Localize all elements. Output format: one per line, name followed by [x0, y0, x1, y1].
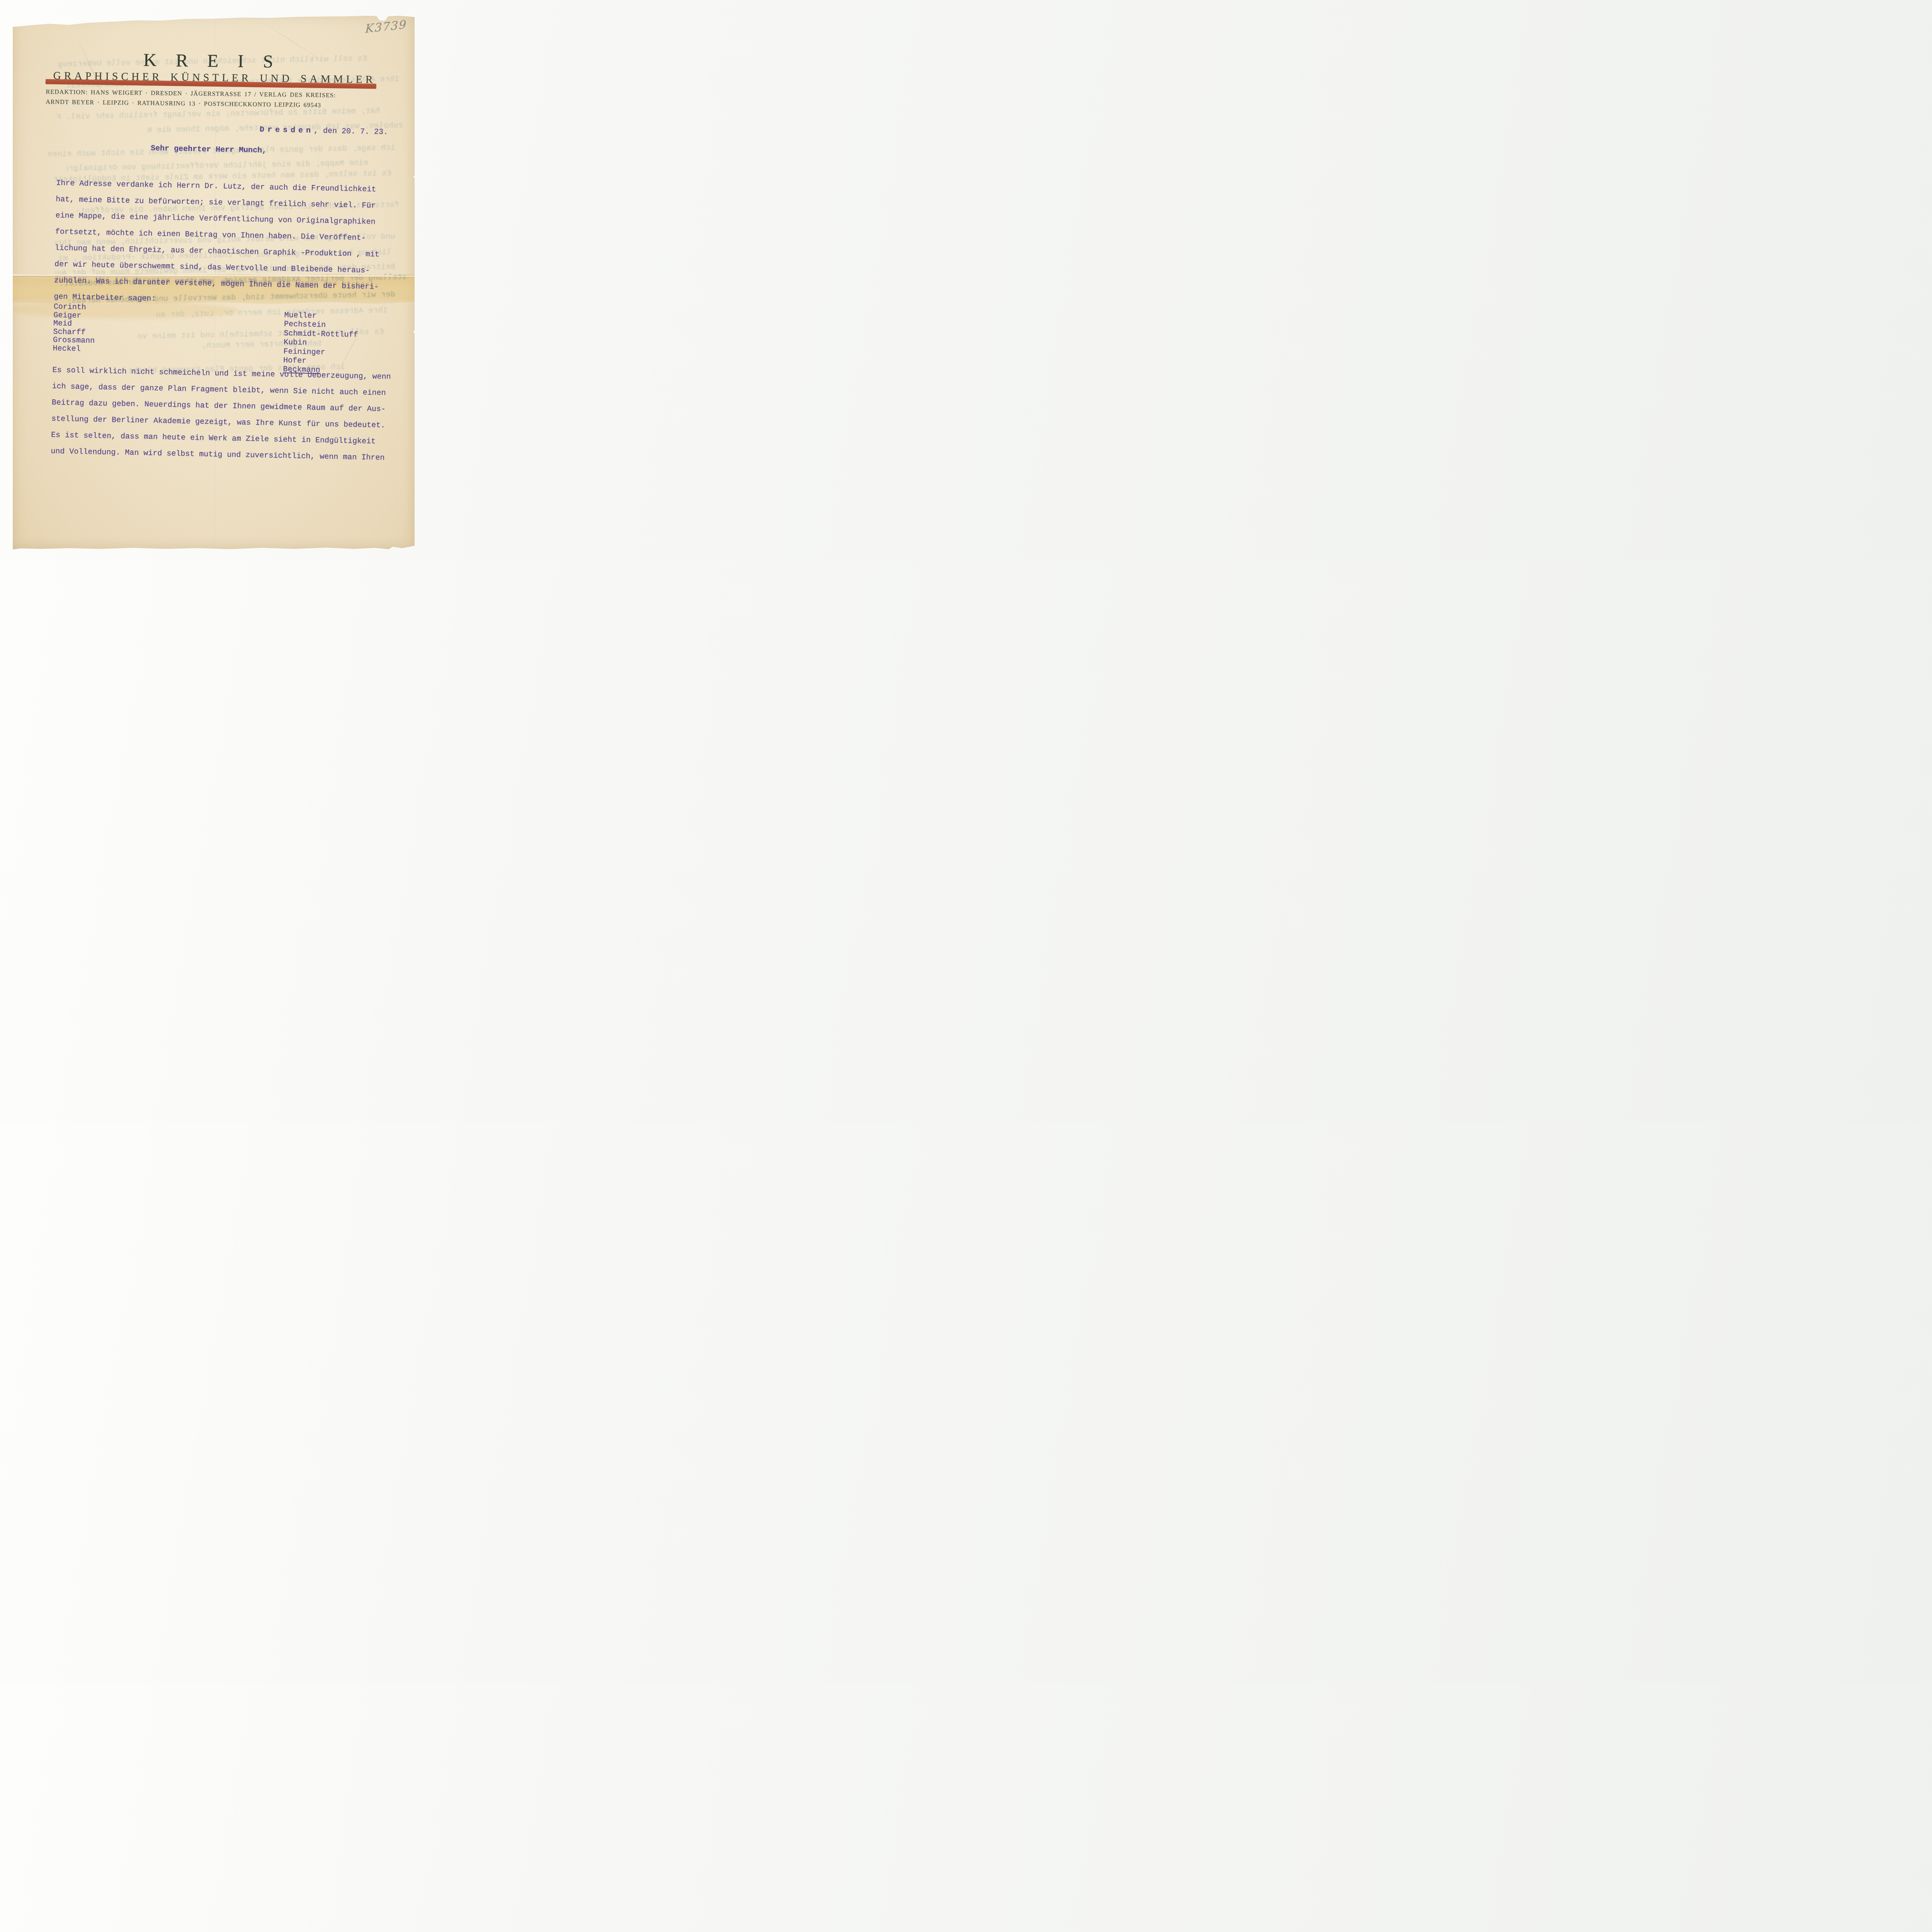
contributors-right-column: Mueller Pechstein Schmidt-Rottluff Kubin…	[283, 311, 358, 376]
body-paragraph-1: Ihre Adresse verdanke ich Herrn Dr. Lutz…	[54, 175, 381, 312]
contributor-name: Grossmann	[53, 336, 95, 345]
masthead: KREIS GRAPHISCHER KÜNSTLER UND SAMMLER R…	[13, 14, 415, 19]
contributor-name: Pechstein	[284, 320, 358, 330]
scan-background: Es soll wirklich nicht schmeicheln und i…	[0, 0, 424, 561]
contributors-left-column: Corinth Geiger Meid Scharff Grossmann He…	[53, 303, 95, 354]
salutation: Sehr geehrter Herr Munch,	[151, 144, 267, 155]
dateline-city: Dresden	[260, 125, 314, 135]
dateline-date: , den 20. 7. 23.	[314, 126, 388, 137]
body-paragraph-2: Es soll wirklich nicht schmeicheln und i…	[51, 362, 391, 467]
typed-letter-body: Dresden, den 20. 7. 23. Sehr geehrter He…	[4, 14, 417, 557]
contributor-name: Kubin	[284, 338, 358, 349]
letter-paper: Es soll wirklich nicht schmeicheln und i…	[13, 15, 415, 549]
contributor-name: Meid	[53, 320, 95, 329]
contributor-name: Heckel	[53, 344, 94, 354]
contributor-name: Corinth	[54, 303, 95, 312]
dateline: Dresden, den 20. 7. 23.	[260, 125, 388, 137]
